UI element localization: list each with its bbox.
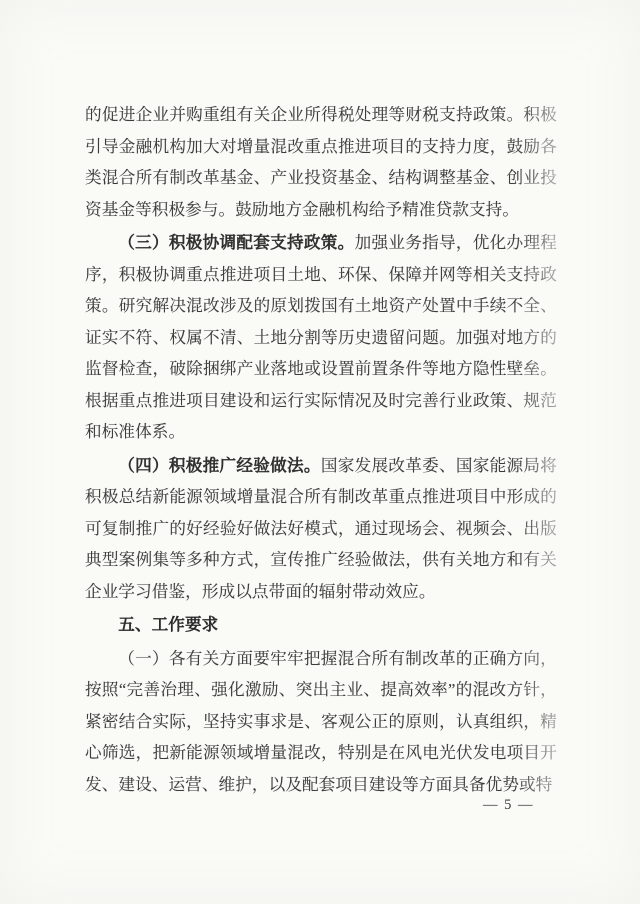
paragraph-section5-item-1: （一）各有关方面要牢牢把握混合所有制改革的正确方向，按照“完善治理、强化激励、突…	[85, 643, 557, 801]
paragraph-continuation: 的促进企业并购重组有关企业所得税处理等财税支持政策。积极引导金融机构加大对增量混…	[85, 99, 557, 225]
document-text: 的促进企业并购重组有关企业所得税处理等财税支持政策。积极引导金融机构加大对增量混…	[85, 99, 557, 802]
item-3-lead: （三）积极协调配套支持政策。	[118, 233, 354, 252]
section-5-heading: 五、工作要求	[85, 609, 557, 641]
paragraph-item-3: （三）积极协调配套支持政策。加强业务指导，优化办理程序，积极协调重点推进项目土地…	[85, 227, 557, 448]
item-4-text: 国家发展改革委、国家能源局将积极总结新能源领域增量混合所有制改革重点推进项目中形…	[85, 456, 557, 601]
document-page: 的促进企业并购重组有关企业所得税处理等财税支持政策。积极引导金融机构加大对增量混…	[0, 0, 640, 904]
item-4-lead: （四）积极推广经验做法。	[118, 456, 321, 475]
paragraph-item-4: （四）积极推广经验做法。国家发展改革委、国家能源局将积极总结新能源领域增量混合所…	[85, 450, 557, 608]
page-number: — 5 —	[483, 797, 534, 814]
item-3-text: 加强业务指导，优化办理程序，积极协调重点推进项目土地、环保、保障并网等相关支持政…	[85, 233, 557, 441]
